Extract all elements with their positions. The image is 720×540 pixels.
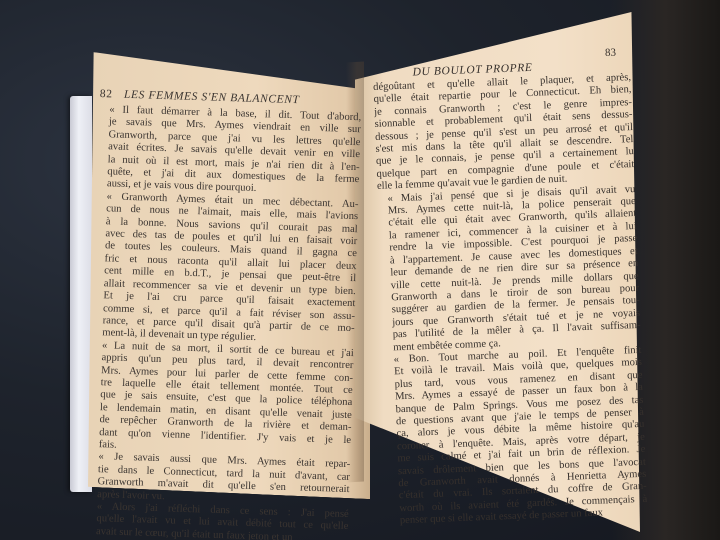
paragraph: « La nuit de sa mort, il sortit de ce bu… — [89, 340, 354, 460]
left-body-text: « Il faut démarrer à la base, il dit. To… — [86, 104, 362, 540]
right-running-title: DU BOULOT PROPRE — [412, 62, 532, 79]
paragraph: dégoûtant et qu'elle allait le plaquer, … — [373, 72, 635, 193]
right-body-text: dégoûtant et qu'elle allait le plaquer, … — [373, 72, 648, 528]
right-page-number: 83 — [605, 47, 616, 59]
right-page-content: 83 DU BOULOT PROPRE dégoûtant et qu'elle… — [372, 46, 648, 528]
paragraph: « Je savais aussi que Mrs. Aymes était r… — [87, 451, 350, 509]
left-page-content: 82 LES FEMMES S'EN BALANCENT « Il faut d… — [86, 88, 362, 540]
left-page-number: 82 — [100, 88, 113, 100]
paragraph: « Il faut démarrer à la base, il dit. To… — [97, 104, 362, 199]
paragraph: « Mais j'ai pensé que si je disais qu'il… — [377, 184, 641, 355]
paragraph: « Bon. Tout marche au poil. Et l'enquête… — [383, 345, 647, 528]
paragraph: « Granworth Aymes était un mec débectant… — [92, 191, 359, 348]
